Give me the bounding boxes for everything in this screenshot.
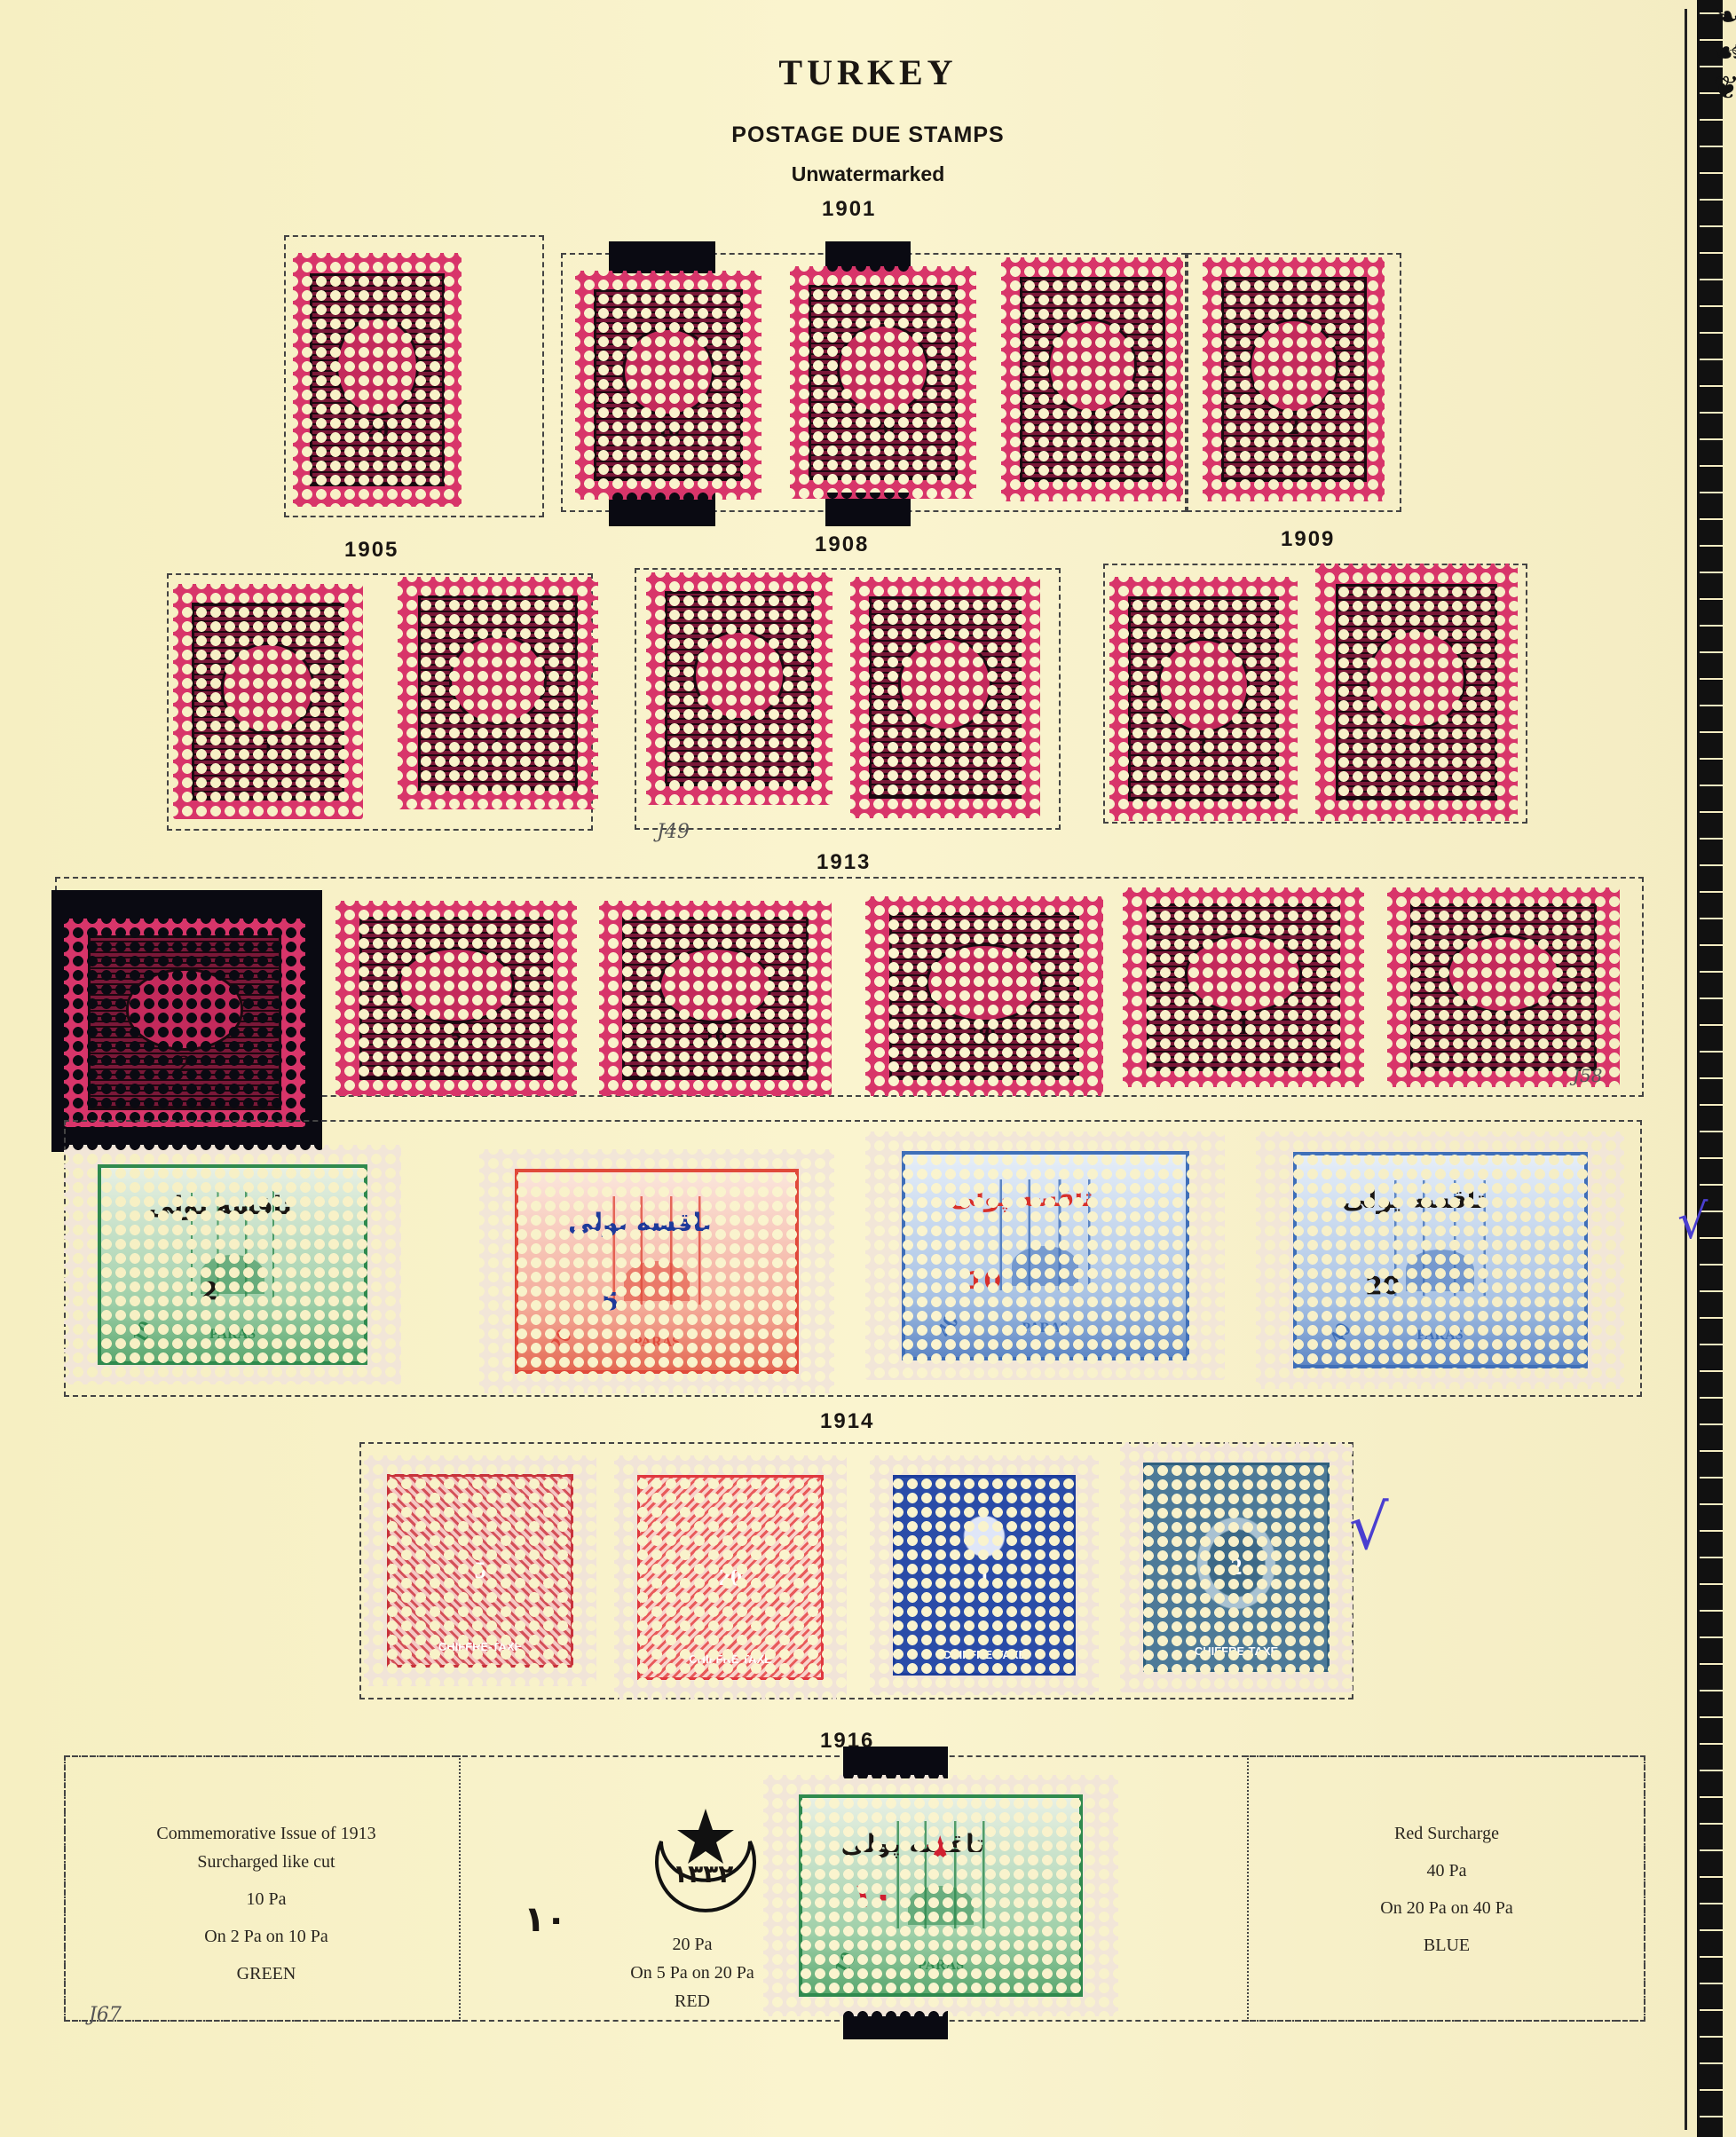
stamp-adrianople-40pa-blue-red[interactable]: تاقسه پولی 10 PARAS 40 — [865, 1132, 1225, 1380]
page-border-inner-line — [1685, 9, 1687, 2130]
stamp-value: 20 — [973, 1022, 996, 1049]
pen-check-mark-icon: √ — [1349, 1491, 1389, 1564]
stamp-1913-2pi[interactable]: 2 — [1387, 887, 1620, 1087]
description-line: Red Surcharge — [1260, 1819, 1633, 1848]
year-label-1905: 1905 — [344, 538, 398, 563]
surcharge-value: 20 — [1365, 1271, 1400, 1300]
stamp-value: 40 — [1326, 1319, 1357, 1349]
stamp-value: 20 — [547, 1325, 578, 1355]
stamp-1905-2pi[interactable]: 2 — [398, 577, 598, 809]
stamp-value: 1 — [979, 1562, 990, 1589]
stamp-1908-1pi[interactable]: 1 — [646, 572, 832, 805]
year-label-1913: 1913 — [817, 850, 871, 875]
subtitle: Unwatermarked — [0, 162, 1736, 186]
surcharge-text: تاقسه پولی — [1342, 1185, 1486, 1214]
stamp-value: 1 — [263, 734, 274, 761]
stamp-value: 2 — [940, 731, 951, 758]
stamp-1909-1pi[interactable]: 1 — [1109, 577, 1298, 821]
stamp-value: 10 — [831, 1949, 862, 1979]
stamp-legend: CHIFFRE-TAXE — [896, 1648, 1073, 1661]
space-description-1916-green: Commemorative Issue of 1913 Surcharged l… — [80, 1819, 453, 1988]
stamp-1901-10pa[interactable]: 10 — [575, 271, 761, 500]
stamp-value: 2 — [1498, 1013, 1510, 1040]
stamp-legend: CHIFFRE-TAXE — [1146, 1644, 1327, 1658]
page-border-ornament — [1697, 0, 1723, 2137]
stamp-1901-1pi[interactable]: 1 — [1001, 257, 1183, 501]
space-description-1916-blue: Red Surcharge 40 Pa On 20 Pa on 40 Pa BL… — [1260, 1819, 1633, 1960]
description-line: Commemorative Issue of 1913 — [80, 1819, 453, 1848]
stamp-1914-20pa[interactable]: 20CHIFFRE TAXE — [614, 1455, 847, 1699]
stamp-legend: CHIFFRE-TAXE — [390, 1640, 571, 1653]
stamp-value: 1 — [1238, 1013, 1250, 1040]
year-label-1914: 1914 — [820, 1409, 874, 1434]
stamp-1901-20pa[interactable]: 20 — [293, 253, 462, 507]
surcharge-value: 10 — [967, 1266, 1001, 1295]
stamp-value: 5 — [451, 1023, 462, 1050]
stamp-value: 40 — [934, 1312, 965, 1342]
stamp-1913-2pa[interactable]: 2 — [64, 919, 305, 1127]
description-line: 10 Pa — [80, 1885, 453, 1913]
surcharge-value: 5 — [602, 1287, 619, 1316]
album-page: ❧☙❦ TURKEY POSTAGE DUE STAMPS Unwatermar… — [0, 0, 1736, 2137]
stamp-1913-1pi[interactable]: 1 — [1123, 887, 1364, 1087]
stamp-value: 20 — [366, 416, 389, 443]
stamp-1913-20pa[interactable]: 20 — [865, 896, 1103, 1096]
description-line: BLUE — [1260, 1931, 1633, 1960]
stamp-1914-1pi[interactable]: 1CHIFFRE-TAXE — [870, 1455, 1099, 1695]
stamp-adrianople-40pa-blue-black[interactable]: تاقسه پولی 20 PARAS 40 — [1256, 1132, 1624, 1389]
year-label-1909: 1909 — [1281, 527, 1335, 552]
pencil-note: J58 — [1573, 1065, 1602, 1086]
overprint-value: ١٠ — [852, 1876, 893, 1915]
pencil-note: J67 — [89, 2004, 122, 2026]
stamp-value: 10 — [657, 416, 680, 443]
description-line: 40 Pa — [1260, 1857, 1633, 1885]
mount-strip — [843, 1747, 948, 1778]
cut-year-arabic: ١٣٣٢ — [673, 1859, 733, 1889]
stamp-value: 2 — [1411, 729, 1423, 755]
stamp-value: 5 — [475, 1557, 486, 1584]
surcharge-text: تاقسه پولی — [841, 1829, 985, 1858]
description-line: On 20 Pa on 40 Pa — [1260, 1894, 1633, 1922]
year-label-1908: 1908 — [815, 532, 869, 557]
stamp-1913-5pa[interactable]: 5 — [335, 901, 577, 1096]
stamp-value: 10 — [128, 1317, 159, 1347]
stamp-1914-2pi[interactable]: 2CHIFFRE-TAXE — [1120, 1442, 1353, 1692]
stamp-1908-2pi[interactable]: 2 — [850, 577, 1040, 818]
stamp-value: 1 — [1198, 733, 1210, 760]
mount-strip — [609, 241, 715, 273]
description-line: Surcharged like cut — [80, 1848, 453, 1876]
stamp-value: 2 — [1231, 1554, 1243, 1581]
surcharge-text: تاقسه پولی — [568, 1208, 712, 1237]
pen-check-mark-icon: √ — [1677, 1194, 1708, 1250]
description-line: GREEN — [80, 1960, 453, 1988]
stamp-value: 2 — [179, 1051, 191, 1077]
stamp-1914-5pa[interactable]: 5CHIFFRE-TAXE — [364, 1455, 596, 1686]
stamp-value: 1 — [1086, 414, 1098, 440]
description-line: On 2 Pa on 10 Pa — [80, 1922, 453, 1951]
surcharge-text: تاقسه پولی — [148, 1191, 292, 1220]
stamp-legend: CHIFFRE TAXE — [640, 1652, 821, 1666]
stamp-adrianople-20pa-red[interactable]: تاقسه پولی 5 PARAS 20 — [479, 1149, 834, 1393]
page-title: TURKEY — [0, 51, 1736, 93]
stamp-1916-surcharged-green[interactable]: تاقسه پولی ١٠ ★ PARAS 10 — [763, 1775, 1118, 2016]
stamp-value: 10 — [704, 1023, 727, 1050]
overprint-star-icon: ★ — [924, 1829, 956, 1870]
stamp-value: 2 — [493, 725, 504, 752]
cut-value-arabic: ١٠ — [524, 1899, 567, 1940]
stamp-adrianople-10pa-green[interactable]: تاقسه پولی 2 PARAS 10 — [64, 1145, 401, 1384]
year-label-1901: 1901 — [822, 197, 876, 222]
stamp-1909-2pi[interactable]: 2 — [1315, 564, 1518, 821]
stamp-1913-10pa[interactable]: 10 — [599, 901, 832, 1096]
stamp-value: 20 — [872, 414, 895, 441]
pencil-note: J49 — [657, 821, 690, 843]
stamp-value: 1 — [734, 721, 746, 747]
section-title: POSTAGE DUE STAMPS — [0, 122, 1736, 148]
surcharge-value: 2 — [201, 1276, 217, 1305]
stamp-value: 20 — [719, 1565, 742, 1591]
stamp-space — [1187, 253, 1401, 512]
stamp-1901-20pa-b[interactable]: 20 — [790, 266, 976, 499]
surcharge-text: تاقسه پولی — [950, 1183, 1093, 1212]
stamp-1905-1pi[interactable]: 1 — [173, 584, 363, 819]
